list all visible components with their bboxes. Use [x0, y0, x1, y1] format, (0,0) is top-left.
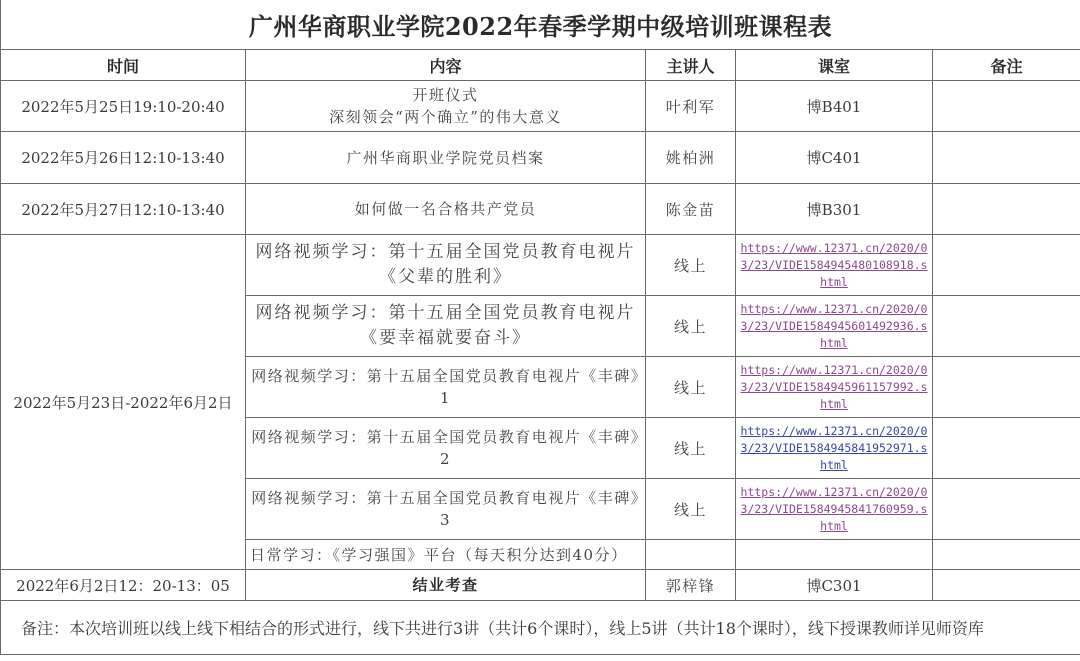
content-cell: 网络视频学习：第十五届全国党员教育电视片《父辈的胜利》 [246, 235, 646, 296]
video-link[interactable]: https://www.12371.cn/2020/03/23/VIDE1584… [736, 235, 933, 296]
remarks-cell [933, 357, 1080, 418]
table-row: 2022年5月26日12:10-13:40 广州华商职业学院党员档案 姚柏洲 博… [1, 132, 1080, 184]
room-cell: 博C301 [736, 570, 933, 601]
table-header-row: 时间 内容 主讲人 课室 备注 [1, 50, 1080, 81]
content-line: 开班仪式 [250, 84, 641, 106]
table-row-online: 2022年5月23日-2022年6月2日 网络视频学习：第十五届全国党员教育电视… [1, 235, 1080, 296]
remarks-cell [933, 418, 1080, 479]
header-remarks: 备注 [933, 50, 1080, 81]
lecturer-cell: 线上 [646, 357, 736, 418]
room-cell: 博B401 [736, 81, 933, 132]
schedule-table: 广州华商职业学院2022年春季学期中级培训班课程表 时间 内容 主讲人 课室 备… [0, 0, 1080, 655]
time-cell: 2022年5月26日12:10-13:40 [1, 132, 246, 184]
video-link[interactable]: https://www.12371.cn/2020/03/23/VIDE1584… [736, 418, 933, 479]
time-cell: 2022年5月25日19:10-20:40 [1, 81, 246, 132]
header-room: 课室 [736, 50, 933, 81]
lecturer-cell: 线上 [646, 296, 736, 357]
time-cell: 2022年5月27日12:10-13:40 [1, 184, 246, 235]
time-cell: 2022年6月2日12：20-13：05 [1, 570, 246, 601]
lecturer-cell: 线上 [646, 235, 736, 296]
header-content: 内容 [246, 50, 646, 81]
remarks-cell [933, 570, 1080, 601]
lecturer-cell [646, 540, 736, 570]
table-row: 2022年5月25日19:10-20:40 开班仪式 深刻领会“两个确立”的伟大… [1, 81, 1080, 132]
lecturer-cell: 郭梓锋 [646, 570, 736, 601]
online-period-cell: 2022年5月23日-2022年6月2日 [1, 235, 246, 570]
remarks-cell [933, 184, 1080, 235]
lecturer-cell: 陈金苗 [646, 184, 736, 235]
lecturer-cell: 姚柏洲 [646, 132, 736, 184]
content-cell: 网络视频学习：第十五届全国党员教育电视片《要幸福就要奋斗》 [246, 296, 646, 357]
room-cell [736, 540, 933, 570]
content-cell: 开班仪式 深刻领会“两个确立”的伟大意义 [246, 81, 646, 132]
content-cell: 如何做一名合格共产党员 [246, 184, 646, 235]
video-link[interactable]: https://www.12371.cn/2020/03/23/VIDE1584… [736, 296, 933, 357]
remarks-cell [933, 540, 1080, 570]
remarks-cell [933, 81, 1080, 132]
content-cell: 网络视频学习：第十五届全国党员教育电视片《丰碑》2 [246, 418, 646, 479]
content-cell: 广州华商职业学院党员档案 [246, 132, 646, 184]
table-row: 2022年5月27日12:10-13:40 如何做一名合格共产党员 陈金苗 博B… [1, 184, 1080, 235]
content-cell: 网络视频学习：第十五届全国党员教育电视片《丰碑》3 [246, 479, 646, 540]
schedule-sheet: 广州华商职业学院2022年春季学期中级培训班课程表 时间 内容 主讲人 课室 备… [0, 0, 1080, 661]
header-lecturer: 主讲人 [646, 50, 736, 81]
video-link[interactable]: https://www.12371.cn/2020/03/23/VIDE1584… [736, 357, 933, 418]
content-cell: 日常学习：《学习强国》平台（每天积分达到40分） [246, 540, 646, 570]
lecturer-cell: 线上 [646, 418, 736, 479]
video-link[interactable]: https://www.12371.cn/2020/03/23/VIDE1584… [736, 479, 933, 540]
remarks-cell [933, 132, 1080, 184]
room-cell: 博B301 [736, 184, 933, 235]
remarks-cell [933, 235, 1080, 296]
page-title: 广州华商职业学院2022年春季学期中级培训班课程表 [1, 0, 1080, 50]
remarks-cell [933, 296, 1080, 357]
lecturer-cell: 线上 [646, 479, 736, 540]
content-cell: 网络视频学习：第十五届全国党员教育电视片《丰碑》1 [246, 357, 646, 418]
content-line: 深刻领会“两个确立”的伟大意义 [250, 106, 641, 128]
table-row-final: 2022年6月2日12：20-13：05 结业考查 郭梓锋 博C301 [1, 570, 1080, 601]
header-time: 时间 [1, 50, 246, 81]
remarks-cell [933, 479, 1080, 540]
footnote: 备注：本次培训班以线上线下相结合的形式进行，线下共进行3讲（共计6个课时），线上… [1, 601, 1080, 655]
room-cell: 博C401 [736, 132, 933, 184]
lecturer-cell: 叶利军 [646, 81, 736, 132]
content-cell: 结业考查 [246, 570, 646, 601]
